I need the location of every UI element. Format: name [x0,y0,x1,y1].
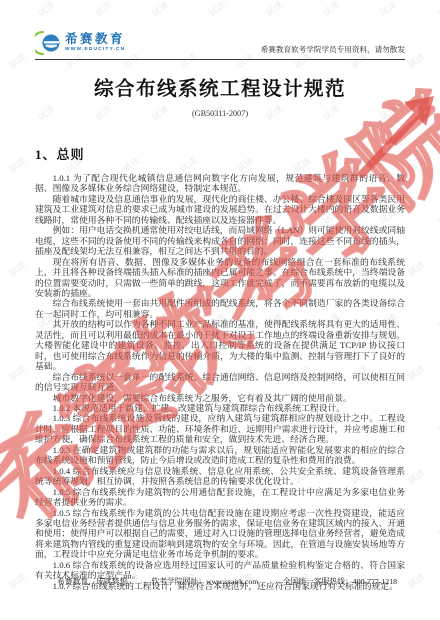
page-header: 希赛教育 WWW.EDUCITY.CN 希赛教育软考学院学员专用资料，请勿散发 [35,28,405,60]
paragraph: 1.0.5 综合布线系统作为建筑的公共电信配套设施在建设期应考虑一次性投资建设，… [35,508,405,560]
footer-slogan: 希赛教育，成就梦想 [57,576,127,587]
paragraph: 其开放的结构可以作为各种不同工业产品标准的基准，使得配线系统将具有更大的适用性、… [35,319,405,371]
logo-text: 希赛教育 WWW.EDUCITY.CN [65,33,125,52]
educity-logo-icon [35,30,62,56]
document-title: 综合布线系统工程设计规范 [35,73,405,101]
paragraph: 1.0.2 本规范适用于新建、扩建、改建建筑与建筑群综合布线系统工程设计。 [35,403,405,413]
paragraph: 综合布线系统以一套单一的配线系统，综合通信网络、信息网络及控制网络，可以使相互间… [35,372,405,393]
document-page: 试读试读试读试读试读试读试读试读试读试读试读试读试读试读试读试读试读试读试读试读… [0,0,440,620]
section-heading: 1、总则 [35,144,405,163]
paragraph: 1.0.4 综合布线系统应与信息设施系统、信息化应用系统、公共安全系统、建筑设备… [35,466,405,487]
page-content: 希赛教育 WWW.EDUCITY.CN 希赛教育软考学院学员专用资料，请勿散发 … [0,0,440,620]
paragraph: 综合布线系统使用一套由共用配件所组成的配线系统，将各个不同制造厂家的各类设备综合… [35,298,405,319]
footer-site-url: 软考学院网址：www.csairk.com [151,576,258,587]
brand-site-url: WWW.EDUCITY.CN [65,48,125,53]
brand-name: 希赛教育 [65,33,125,46]
paragraph: 现在将所有语音、数据、图像及多媒体业务的设备的布线网络组合在一套标准的布线系统上… [35,257,405,299]
paragraph: 例如：用户电话交换机通常使用对绞电话线，而局域网络（LAN）则可能使用对绞线或同… [35,225,405,256]
paragraph: 城市数字化建设，需要综合布线系统为之服务，它有着及其广阔的使用前景。 [35,393,405,403]
educity-logo: 希赛教育 WWW.EDUCITY.CN [35,30,125,56]
paragraph: 1.0.5 综合布线系统作为建筑物的公用通信配套设施，在工程设计中应满足为多家电… [35,487,405,508]
paragraph: 1.0.3 综合布线系统设施及管线的建设，应纳入建筑与建筑群相应的规划设计之中。… [35,413,405,444]
paragraph: 随着城市建设及信息通信事业的发展，现代化的商住楼、办公楼、综合楼及园区等各类民用… [35,194,405,225]
footer-hotline: 全国统一客服热线：400-777-1218 [283,576,397,587]
paragraph: 1.0.1 为了配合现代化城镇信息通信网向数字化方向发展，规范建筑与建筑群的语音… [35,173,405,194]
body-text: 1.0.1 为了配合现代化城镇信息通信网向数字化方向发展，规范建筑与建筑群的语音… [35,173,405,591]
page-footer: 希赛教育，成就梦想 软考学院网址：www.csairk.com 全国统一客服热线… [35,576,405,587]
document-subtitle: (GB50311-2007) [35,109,405,118]
paragraph: 1.0.3 在确定建筑物或建筑群的功能与需求以后，规划能适应智能化发展要求的相应… [35,445,405,466]
header-note: 希赛教育软考学院学员专用资料，请勿散发 [261,44,405,56]
